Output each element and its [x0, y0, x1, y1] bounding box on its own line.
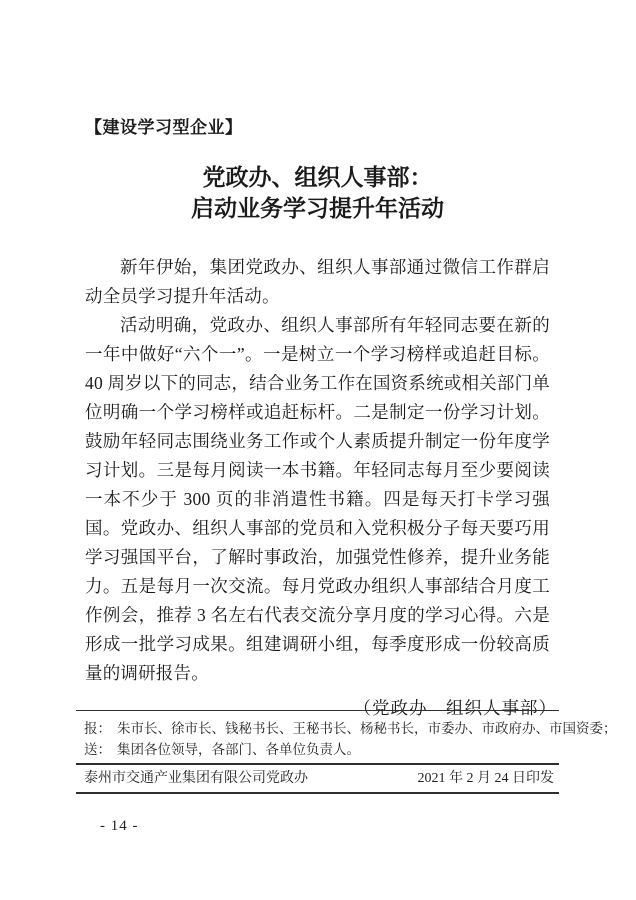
send-to-label: 送：: [84, 742, 111, 757]
document-page: { "page": { "section_header": "【建设学习型企业】…: [0, 0, 636, 900]
body-paragraph: 活动明确，党政办、组织人事部所有年轻同志要在新的一年中做好“六个一”。一是树立一…: [85, 311, 550, 688]
issuer-row: 泰州市交通产业集团有限公司党政办 2021 年 2 月 24 日印发: [76, 765, 559, 794]
report-to-row: 报：朱市长、徐市长、钱秘书长、王秘书长、杨秘书长，市委办、市政府办、市国资委；: [84, 718, 554, 739]
body-paragraph: 新年伊始，集团党政办、组织人事部通过微信工作群启动全员学习提升年活动。: [85, 253, 550, 311]
report-to-label: 报：: [84, 721, 111, 736]
distribution-block: 报：朱市长、徐市长、钱秘书长、王秘书长、杨秘书长，市委办、市政府办、市国资委； …: [76, 710, 559, 765]
document-title-line-2: 启动业务学习提升年活动: [85, 193, 550, 224]
print-date: 2021 年 2 月 24 日印发: [418, 766, 555, 792]
report-to-list: 朱市长、徐市长、钱秘书长、王秘书长、杨秘书长，市委办、市政府办、市国资委；: [117, 721, 617, 736]
notice-footer: 报：朱市长、徐市长、钱秘书长、王秘书长、杨秘书长，市委办、市政府办、市国资委； …: [76, 710, 559, 794]
document-title: 党政办、组织人事部： 启动业务学习提升年活动: [85, 162, 550, 224]
document-title-line-1: 党政办、组织人事部：: [85, 162, 550, 193]
issuer-name: 泰州市交通产业集团有限公司党政办: [84, 766, 308, 792]
document-content: 【建设学习型企业】 党政办、组织人事部： 启动业务学习提升年活动 新年伊始，集团…: [85, 0, 550, 723]
page-number: - 14 -: [100, 818, 139, 835]
send-to-row: 送：集团各位领导，各部门、各单位负责人。: [84, 739, 554, 760]
send-to-list: 集团各位领导，各部门、各单位负责人。: [117, 742, 360, 757]
document-body: 新年伊始，集团党政办、组织人事部通过微信工作群启动全员学习提升年活动。 活动明确…: [85, 253, 550, 688]
section-header: 【建设学习型企业】: [85, 117, 550, 138]
